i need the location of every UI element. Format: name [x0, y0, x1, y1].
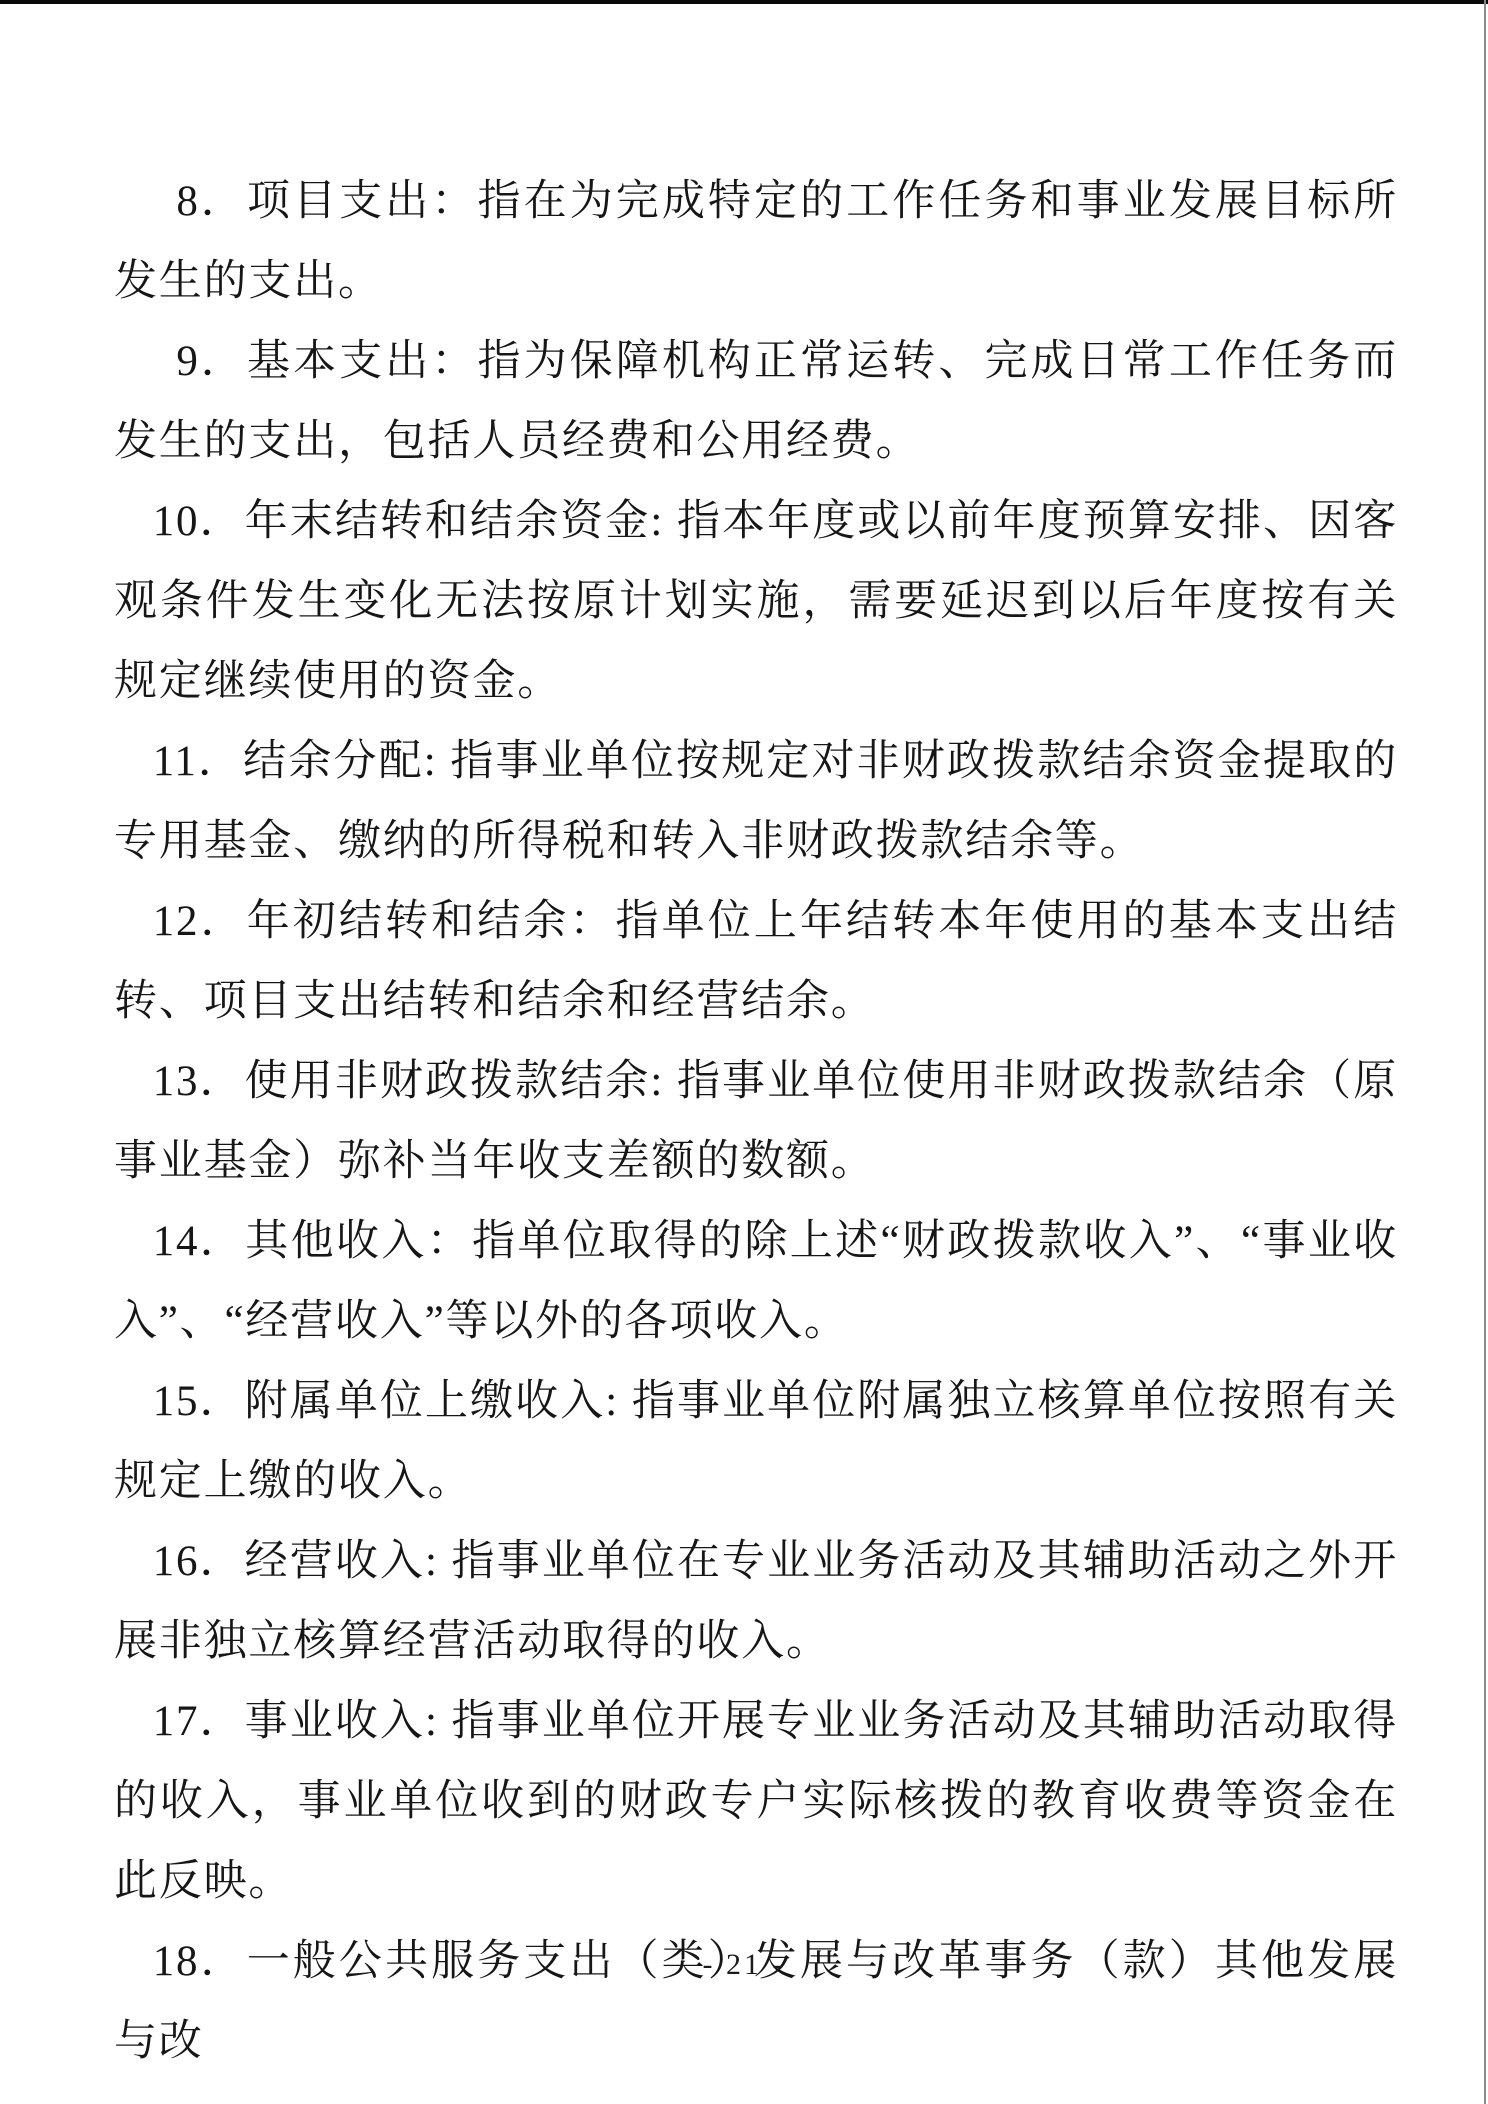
- document-body: 8．项目支出：指在为完成特定的工作任务和事业发展目标所发生的支出。 9．基本支出…: [114, 162, 1398, 2082]
- paragraph-item-17: 17．事业收入: 指事业单位开展专业业务活动及其辅助活动取得的收入，事业单位收到…: [114, 1682, 1398, 1922]
- paragraph-item-14: 14．其他收入：指单位取得的除上述“财政拨款收入”、“事业收入”、“经营收入”等…: [114, 1202, 1398, 1362]
- paragraph-item-15: 15．附属单位上缴收入: 指事业单位附属独立核算单位按照有关规定上缴的收入。: [114, 1362, 1398, 1522]
- paragraph-item-9: 9．基本支出：指为保障机构正常运转、完成日常工作任务而发生的支出，包括人员经费和…: [114, 322, 1398, 482]
- paragraph-item-13: 13．使用非财政拨款结余: 指事业单位使用非财政拨款结余（原事业基金）弥补当年收…: [114, 1042, 1398, 1202]
- scan-edge-top: [0, 0, 1488, 4]
- paragraph-item-16: 16．经营收入: 指事业单位在专业业务活动及其辅助活动之外开展非独立核算经营活动…: [114, 1522, 1398, 1682]
- paragraph-item-8: 8．项目支出：指在为完成特定的工作任务和事业发展目标所发生的支出。: [114, 162, 1398, 322]
- scan-edge-right: [1484, 0, 1486, 2104]
- paragraph-item-12: 12．年初结转和结余：指单位上年结转本年使用的基本支出结转、项目支出结转和结余和…: [114, 882, 1398, 1042]
- paragraph-item-18: 18．一般公共服务支出（类）发展与改革事务（款）其他发展与改: [114, 1922, 1398, 2082]
- paragraph-item-11: 11．结余分配: 指事业单位按规定对非财政拨款结余资金提取的专用基金、缴纳的所得…: [114, 722, 1398, 882]
- paragraph-item-10: 10．年末结转和结余资金: 指本年度或以前年度预算安排、因客观条件发生变化无法按…: [114, 482, 1398, 722]
- page-number: - 21 -: [0, 1948, 1488, 1982]
